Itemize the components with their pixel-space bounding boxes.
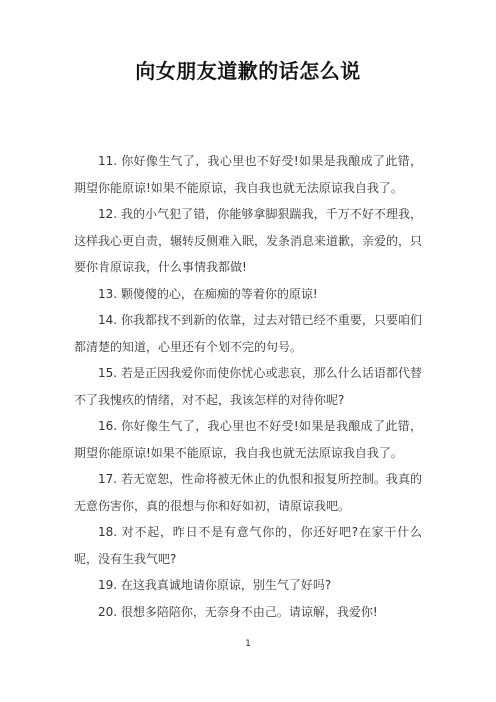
paragraph: 18. 对不起，昨日不是有意气你的，你还好吧?在家干什么呢，没有生我气吧? xyxy=(74,519,422,572)
paragraph: 19. 在这我真诚地请你原谅，别生气了好吗? xyxy=(74,572,422,599)
page-number: 1 xyxy=(0,639,496,650)
paragraph-list: 11. 你好像生气了，我心里也不好受!如果是我酿成了此错，期望你能原谅!如果不能… xyxy=(74,148,422,625)
paragraph: 13. 颗傻傻的心，在痴痴的等着你的原谅! xyxy=(74,281,422,308)
paragraph: 12. 我的小气犯了错，你能够拿脚狠踹我，千万不好不理我，这样我心更自责，辗转反… xyxy=(74,201,422,281)
paragraph: 11. 你好像生气了，我心里也不好受!如果是我酿成了此错，期望你能原谅!如果不能… xyxy=(74,148,422,201)
document-page: 向女朋友道歉的话怎么说 11. 你好像生气了，我心里也不好受!如果是我酿成了此错… xyxy=(0,0,496,702)
paragraph: 20. 很想多陪陪你，无奈身不由己。请谅解，我爱你! xyxy=(74,599,422,626)
paragraph: 14. 你我都找不到新的依靠，过去对错已经不重要，只要咱们都清楚的知道，心里还有… xyxy=(74,307,422,360)
paragraph: 16. 你好像生气了，我心里也不好受!如果是我酿成了此错，期望你能原谅!如果不能… xyxy=(74,413,422,466)
paragraph: 17. 若无宽恕，性命将被无休止的仇恨和报复所控制。我真的无意伤害你，真的很想与… xyxy=(74,466,422,519)
document-title: 向女朋友道歉的话怎么说 xyxy=(0,0,496,85)
paragraph: 15. 若是正因我爱你而使你忧心或悲哀，那么什么话语都代替不了我愧疚的情绪，对不… xyxy=(74,360,422,413)
